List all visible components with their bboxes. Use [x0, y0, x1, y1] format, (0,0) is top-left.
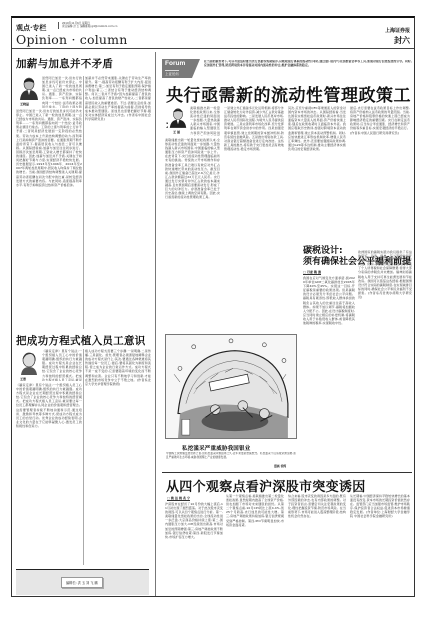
author-name: 王曾	[20, 377, 26, 381]
headline-success-formula: 把成功方程式植入员工意识	[16, 333, 146, 348]
editor-credit: 编辑栏: 洪 玉 刘 飞 鹏	[61, 577, 103, 588]
cartoon-illustration-icon	[166, 335, 296, 438]
section-title-en: Opinion · column	[16, 32, 127, 47]
article-body: 美联储推出新一轮量化宽松政策以来,全球流动性泛滥的局面进一步加剧,大量热钱涌入新…	[190, 106, 220, 136]
article-body-col2: 从第一个观察点看,美联储推出第二轮量化宽松政策,虽然短期内推高了全球资产价格,但…	[226, 494, 284, 597]
author-name: 王 涵	[173, 130, 180, 134]
headline-salary-interest: 加薪与加息并不矛盾	[16, 56, 113, 71]
left-column: 加薪与加息并不矛盾 王晓磊 虽然同已加息一次,但央行的加息步伐可能仍未停止。中国…	[12, 49, 154, 597]
article-body-cont: 《赢家定律》里有个说法:一个组织植入员工心中的价值观越明确,组织的执行力就越强。…	[16, 383, 82, 565]
article-body-col2: 植入成功方程式需要三个步骤:一是明确,二是传播,三是固化。首先,管理者必须清楚地…	[85, 349, 151, 565]
article-body-col2: 加薪并不必然带来通胀,关键在于劳动生产率的提升。第一,提高劳动报酬有利于扩大内需…	[85, 76, 151, 329]
article-body-col4: 从长期看,中国经济保持平稳较快增长的基本面没有改变,资本市场的长期投资价值依然存…	[350, 494, 410, 597]
forum-intro: 在当前的新形势下,可以考虑适时推出央行票据等短期债券,以吸收银行体系的流动性;同…	[204, 60, 412, 78]
cartoon-title: 私挖滥采严重威胁我国银业	[182, 444, 250, 452]
author-photo	[18, 76, 40, 100]
article-body-col2: 一是建立外汇储备多元化运用机制,将部分外汇储备转化为对外投资,减少外汇占款对基础…	[224, 106, 284, 330]
page-number: 封六	[394, 35, 410, 46]
article-body-cont: 美联储推出新一轮量化宽松政策以来,全球流动性泛滥的局面进一步加剧,大量热钱涌入新…	[165, 138, 220, 330]
paper-name: 上海证券报	[385, 27, 410, 34]
editorial-cartoon	[165, 334, 297, 439]
editor-contact: 责任编辑:洪 玉 编辑邮箱:gd@cnstock.com.cn	[62, 25, 117, 28]
portrait-icon	[18, 351, 40, 375]
forum-banner: Forum 上证论坛 在当前的新形势下,可以考虑适时推出央行票据等短期债券,以吸…	[162, 59, 412, 78]
article-body: 我国在应对气候变化方面承诺,到2020年单位GDP二氧化碳排放比2005年下降4…	[303, 276, 355, 468]
article-body: 沪深股市在经历了10月份的大幅上涨后,11月初出现了剧烈震荡。对于此次股市突变的…	[165, 502, 223, 597]
portrait-icon	[168, 106, 188, 128]
masthead: 观点·专栏 2010年11月6日 星期日 责任编辑:洪 玉 编辑邮箱:gd@cn…	[12, 18, 414, 49]
author-byline: □ 丹麦 魏 旗	[303, 270, 321, 275]
forum-tag-slant	[192, 59, 200, 78]
article-body: 《赢家定律》里有个说法:一个组织植入员工心中的价值观越明确,组织的执行力就越强。…	[42, 349, 82, 381]
cartoon-credit: 漫画 徐简	[274, 464, 286, 468]
column-rule	[83, 349, 84, 565]
issue-meta: 2010年11月6日 星期日 责任编辑:洪 玉 编辑邮箱:gd@cnstock.…	[58, 22, 117, 29]
author-photo	[18, 351, 40, 375]
article-body-col3: 综合来看,股市突变的诱因是多方面的,既有外部因素的冲击,也有内部政策的调整。对于…	[288, 494, 346, 597]
article-body-col3: 其次,应充分重视QFII等渠道流入的资金对国内资本市场的冲击。从国际经验看,当发…	[288, 106, 346, 241]
forum-tag-cn: 上证论坛	[165, 70, 179, 77]
article-body: 虽然同已加息一次,但央行的加息步伐可能仍未停止。中国已进入了新一轮的加息周期,这…	[42, 76, 82, 108]
article-body-col4: 最后,央行需要在货币政策目标上作出调整,将资产价格纳入货币政策的考量范围。当前,…	[350, 106, 410, 241]
forum-tag: Forum 上证论坛	[162, 59, 192, 78]
editor-footer: 编辑栏: 洪 玉 刘 飞 鹏	[16, 569, 149, 595]
column-divider	[155, 52, 156, 596]
portrait-icon	[18, 76, 40, 100]
forum-tag-en: Forum	[165, 60, 185, 67]
newspaper-page: 观点·专栏 2010年11月6日 星期日 责任编辑:洪 玉 编辑邮箱:gd@cn…	[11, 16, 415, 597]
column-rule	[83, 76, 84, 329]
headline-stock-market: 从四个观察点看沪深股市突变诱因	[166, 476, 366, 495]
author-name: 王晓磊	[20, 102, 29, 106]
article-body-cont: 虽然同已加息一次,但央行的加息步伐可能仍未停止。中国已进入了新一轮的加息周期,这…	[16, 109, 82, 329]
article-body-col2: 欧洲国家的碳税实践为我们提供了有益的借鉴。丹麦、瑞典、芬兰等国较早开征碳税,并在…	[358, 250, 412, 468]
author-byline: □ 姚 远 姚 兆 宁	[167, 496, 190, 501]
section-rule	[162, 472, 412, 473]
author-photo	[168, 106, 188, 128]
